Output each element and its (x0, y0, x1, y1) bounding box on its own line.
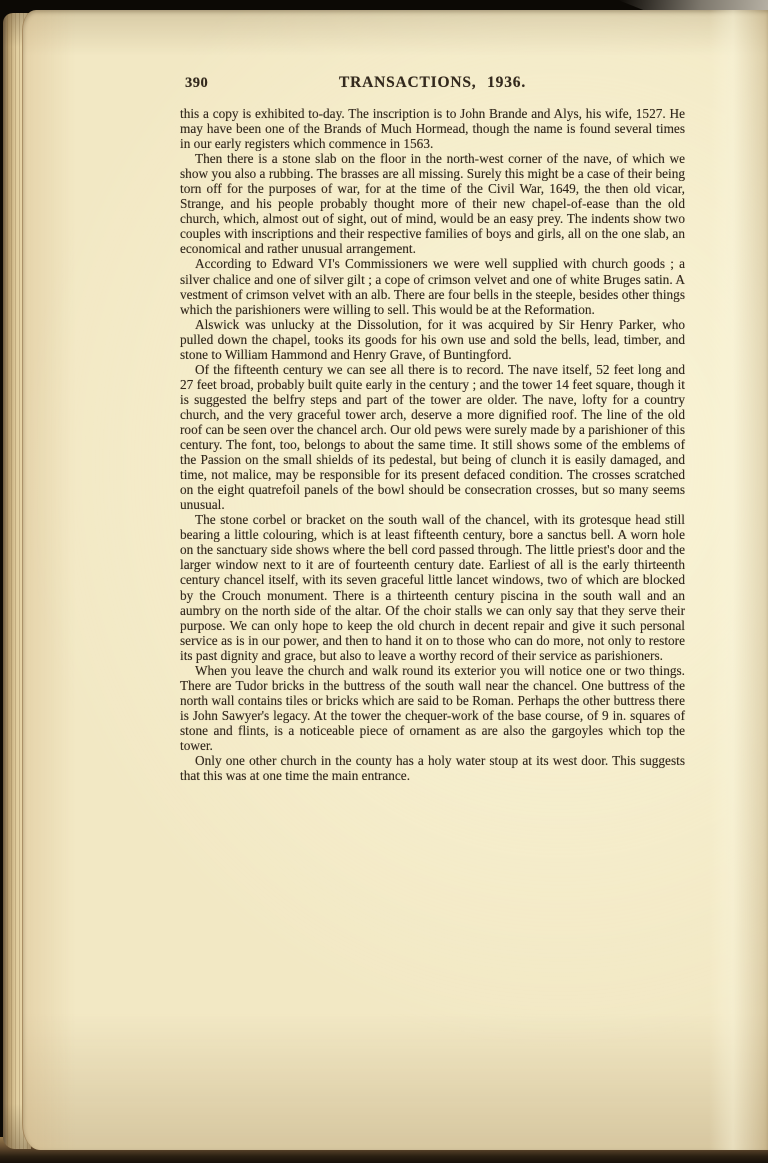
paragraph: Alswick was unlucky at the Dissolution, … (180, 317, 685, 362)
page-number: 390 (185, 75, 208, 92)
paragraph: According to Edward VI's Commissioners w… (180, 256, 685, 316)
page-header: 390 TRANSACTIONS, 1936. (180, 74, 685, 94)
page-curl-shadow (709, 10, 768, 1150)
paragraph: Of the fifteenth century we can see all … (180, 362, 685, 512)
page-title: TRANSACTIONS, 1936. (180, 74, 685, 92)
page-content: 390 TRANSACTIONS, 1936. this a copy is e… (180, 74, 685, 783)
page-text: this a copy is exhibited to-day. The ins… (180, 106, 685, 783)
paragraph: The stone corbel or bracket on the south… (180, 512, 685, 662)
paragraph: Only one other church in the county has … (180, 753, 685, 783)
paragraph: When you leave the church and walk round… (180, 663, 685, 753)
paragraph: this a copy is exhibited to-day. The ins… (180, 106, 685, 151)
paragraph: Then there is a stone slab on the floor … (180, 151, 685, 256)
scanned-book-page: 390 TRANSACTIONS, 1936. this a copy is e… (0, 0, 768, 1163)
